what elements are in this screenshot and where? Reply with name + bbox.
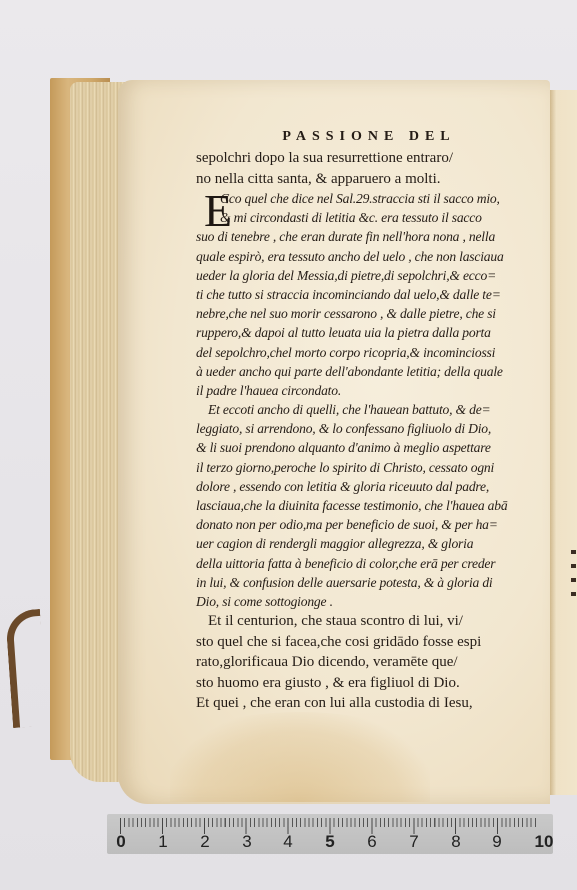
ruler-label: 7 <box>404 832 424 852</box>
text-line: lasciaua,che la diuinita facesse testimo… <box>196 496 536 515</box>
text-line: nebre,che nel suo morir cessarono , & da… <box>196 304 536 323</box>
leather-tie <box>5 609 48 728</box>
text-line: & li suoi prendono alquanto d'animo à me… <box>196 438 536 457</box>
ruler-label: 1 <box>153 832 173 852</box>
running-head: PASSIONE DEL <box>196 126 536 148</box>
text-line: ruppero,& dapoi al tutto leuata uia la p… <box>196 323 536 342</box>
facing-page-text-fragments <box>571 540 577 620</box>
ruler-label: 10 <box>531 832 557 852</box>
ruler-label: 9 <box>487 832 507 852</box>
text-line: in lui, & confusion delle auersarie pote… <box>196 573 536 592</box>
text-line: suo di tenebre , che eran durate fin nel… <box>196 227 536 246</box>
text-line: leggiato, si arrendono, & lo confessano … <box>196 419 536 438</box>
ruler-label: 6 <box>362 832 382 852</box>
text-line: sto quel che si facea,che cosi gridādo f… <box>196 632 536 653</box>
text-line: della uittoria fatta à beneficio di colo… <box>196 554 536 573</box>
text-line: no nella citta santa, & apparuero a molt… <box>196 169 536 190</box>
text-line: & mi circondasti di letitia &c. era tess… <box>196 208 536 227</box>
text-line: Dio, si come sottogionge . <box>196 592 536 611</box>
ruler-label: 4 <box>278 832 298 852</box>
text-line: uer cagion di rendergli maggior allegrez… <box>196 534 536 553</box>
text-line: dolore , essendo con letitia & gloria ri… <box>196 477 536 496</box>
ruler-label: 3 <box>237 832 257 852</box>
ruler-label: 5 <box>320 832 340 852</box>
ruler-label: 2 <box>195 832 215 852</box>
text-line: ti che tutto si straccia incominciando d… <box>196 285 536 304</box>
text-line: Et quei , che eran con lui alla custodia… <box>196 693 536 714</box>
page-text: PASSIONE DEL sepolchri dopo la sua resur… <box>196 126 536 714</box>
page-edges <box>70 82 125 782</box>
text-line: rato,glorificaua Dio dicendo, veramēte q… <box>196 652 536 673</box>
water-stain <box>170 712 430 802</box>
ruler-labels: 0 1 2 3 4 5 6 7 8 9 10 <box>113 832 553 852</box>
book-photo: PASSIONE DEL sepolchri dopo la sua resur… <box>0 0 577 890</box>
text-line: sto huomo era giusto , & era figliuol di… <box>196 673 536 694</box>
text-line: sepolchri dopo la sua resurrettione entr… <box>196 148 536 169</box>
text-line: à ueder ancho qui parte dell'abondante l… <box>196 362 536 381</box>
scale-ruler: 0 1 2 3 4 5 6 7 8 9 10 <box>107 814 553 854</box>
ruler-label: 0 <box>111 832 131 852</box>
facing-page-edge <box>548 90 577 795</box>
ruler-label: 8 <box>446 832 466 852</box>
text-line: il terzo giorno,peroche lo spirito di Ch… <box>196 458 536 477</box>
text-line: quale espirò, era tessuto ancho del uelo… <box>196 247 536 266</box>
text-line: donato non per odio,ma per beneficio de … <box>196 515 536 534</box>
text-line: Et il centurion, che staua scontro di lu… <box>196 611 536 632</box>
text-line: ueder la gloria del Messia,di pietre,di … <box>196 266 536 285</box>
text-line: Et eccoti ancho di quelli, che l'hauean … <box>196 400 536 419</box>
drop-cap: E <box>204 188 232 234</box>
text-line: del sepolchro,chel morto corpo ricopria,… <box>196 343 536 362</box>
text-line: Cco quel che dice nel Sal.29.straccia st… <box>196 189 536 208</box>
text-line: il padre l'haueа circondato. <box>196 381 536 400</box>
